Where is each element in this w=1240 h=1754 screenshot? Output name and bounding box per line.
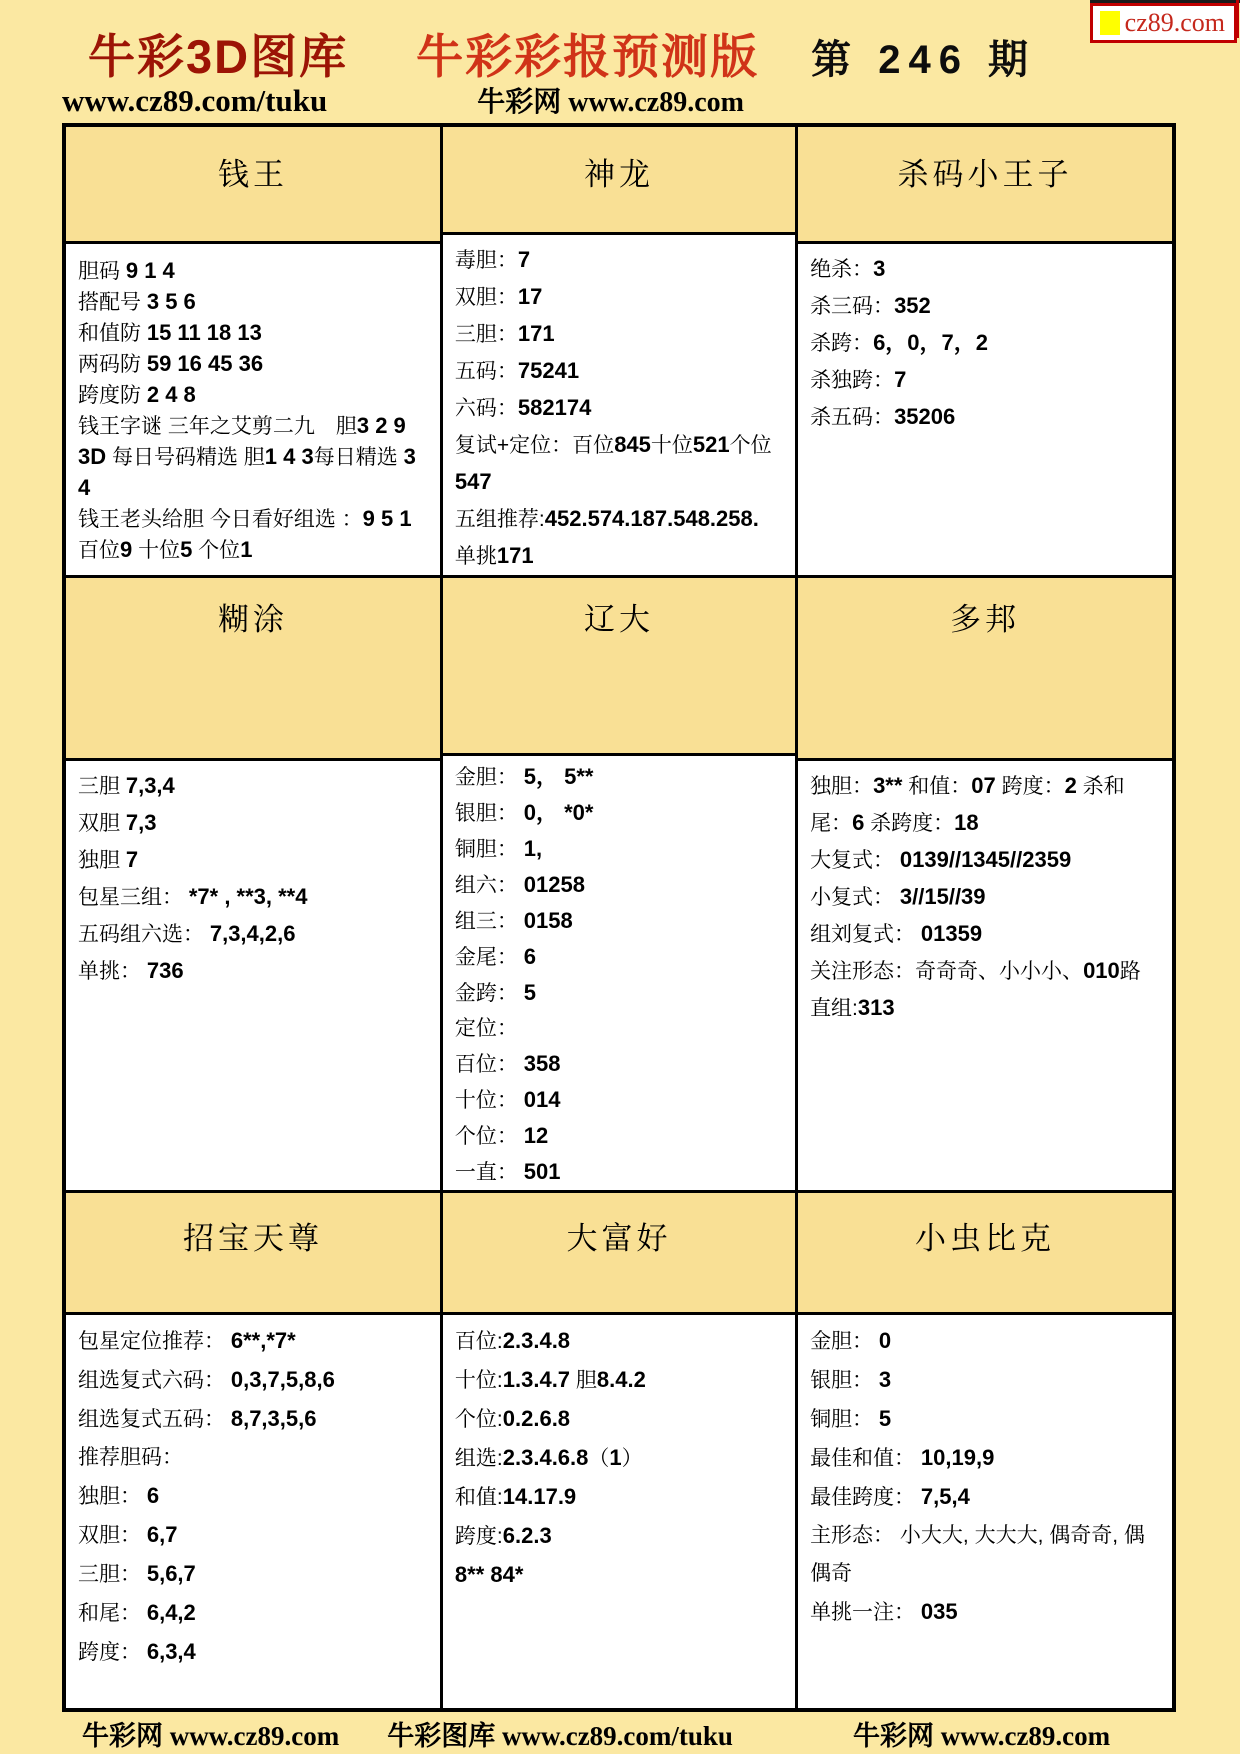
prediction-line: 杀跨：6，0，7，2 xyxy=(810,325,1164,362)
prediction-line: 包星定位推荐： 6**,*7* xyxy=(78,1322,432,1361)
prediction-line: 三胆：171 xyxy=(455,316,787,353)
cell-body: 金胆： 5， 5**银胆： 0， *0*铜胆： 1,组六： 01258组三： 0… xyxy=(443,756,795,1190)
prediction-line: 组刘复式： 01359 xyxy=(810,916,1164,953)
cell-title: 钱王 xyxy=(66,127,440,244)
cell-body: 包星定位推荐： 6**,*7*组选复式六码： 0,3,7,5,8,6组选复式五码… xyxy=(66,1315,440,1672)
prediction-line: 杀三码：352 xyxy=(810,288,1164,325)
prediction-line: 铜胆： 5 xyxy=(810,1400,1164,1439)
prediction-line: 金胆： 5， 5** xyxy=(455,759,787,795)
prediction-line: 一直： 501 xyxy=(455,1154,787,1190)
prediction-line: 组六： 01258 xyxy=(455,867,787,903)
cell-body: 胆码 9 1 4搭配号 3 5 6和值防 15 11 18 13两码防 59 1… xyxy=(66,244,440,566)
prediction-line: 双胆 7,3 xyxy=(78,805,432,842)
prediction-cell-2: 神龙毒胆：7双胆：17三胆：171五码：75241六码：582174复试+定位：… xyxy=(443,127,795,575)
prediction-line: 定位： xyxy=(455,1011,787,1046)
prediction-line: 铜胆： 1, xyxy=(455,831,787,867)
tuku-url: www.cz89.com/tuku xyxy=(62,83,327,119)
prediction-line: 跨度:6.2.3 xyxy=(455,1517,787,1556)
brand-title: 牛彩3D图库 xyxy=(88,20,348,87)
prediction-line: 8** 84* xyxy=(455,1556,787,1595)
prediction-line: 单挑： 736 xyxy=(78,953,432,990)
footer: 牛彩网 www.cz89.com牛彩图库 www.cz89.com/tuku牛彩… xyxy=(62,1714,1176,1753)
prediction-cell-6: 多邦独胆：3** 和值：07 跨度：2 杀和尾：6 杀跨度：18大复式： 013… xyxy=(798,578,1172,1190)
prediction-line: 推荐胆码： xyxy=(78,1439,432,1477)
prediction-line: 金胆： 0 xyxy=(810,1322,1164,1361)
prediction-cell-4: 糊涂三胆 7,3,4双胆 7,3独胆 7包星三组： *7* , **3, **4… xyxy=(66,578,440,1190)
prediction-cell-9: 小虫比克金胆： 0银胆： 3铜胆： 5最佳和值： 10,19,9最佳跨度： 7,… xyxy=(798,1193,1172,1708)
cell-body: 百位:2.3.4.8十位:1.3.4.7 胆8.4.2个位:0.2.6.8组选:… xyxy=(443,1315,795,1595)
prediction-line: 3D 每日号码精选 胆1 4 3每日精选 3 4 xyxy=(78,442,432,504)
prediction-line: 独胆： 6 xyxy=(78,1477,432,1516)
prediction-cell-3: 杀码小王子绝杀：3杀三码：352杀跨：6，0，7，2杀独跨：7杀五码：35206 xyxy=(798,127,1172,575)
prediction-line: 组选复式六码： 0,3,7,5,8,6 xyxy=(78,1361,432,1400)
prediction-cell-1: 钱王胆码 9 1 4搭配号 3 5 6和值防 15 11 18 13两码防 59… xyxy=(66,127,440,575)
prediction-line: 和值防 15 11 18 13 xyxy=(78,318,432,349)
masthead-title-row: 牛彩3D图库 牛彩彩报预测版 第 246 期 xyxy=(0,20,1240,87)
cell-title: 杀码小王子 xyxy=(798,127,1172,244)
prediction-line: 杀独跨：7 xyxy=(810,362,1164,399)
prediction-line: 单挑一注： 035 xyxy=(810,1593,1164,1632)
cell-body: 毒胆：7双胆：17三胆：171五码：75241六码：582174复试+定位：百位… xyxy=(443,235,795,575)
cell-body: 独胆：3** 和值：07 跨度：2 杀和尾：6 杀跨度：18大复式： 0139/… xyxy=(798,761,1172,1027)
cell-title: 小虫比克 xyxy=(798,1193,1172,1315)
cell-body: 金胆： 0银胆： 3铜胆： 5最佳和值： 10,19,9最佳跨度： 7,5,4主… xyxy=(798,1315,1172,1632)
masthead-url-row: www.cz89.com/tuku 牛彩网 www.cz89.com xyxy=(0,80,1240,120)
prediction-line: 百位： 358 xyxy=(455,1046,787,1082)
footer-url-3: 牛彩网 www.cz89.com xyxy=(853,1714,1110,1753)
prediction-line: 毒胆：7 xyxy=(455,242,787,279)
issue-number: 第 246 期 xyxy=(811,28,1036,85)
prediction-line: 金尾： 6 xyxy=(455,939,787,975)
prediction-line: 直组:313 xyxy=(810,990,1164,1027)
prediction-line: 三胆 7,3,4 xyxy=(78,768,432,805)
prediction-line: 五组推荐:452.574.187.548.258. xyxy=(455,501,787,538)
badge-label: cz89.com xyxy=(1125,8,1225,38)
prediction-line: 跨度： 6,3,4 xyxy=(78,1633,432,1672)
cell-body: 绝杀：3杀三码：352杀跨：6，0，7，2杀独跨：7杀五码：35206 xyxy=(798,244,1172,436)
badge-yellow-square-icon xyxy=(1100,11,1120,35)
cell-title: 大富好 xyxy=(443,1193,795,1315)
prediction-line: 个位:0.2.6.8 xyxy=(455,1400,787,1439)
prediction-line: 大复式： 0139//1345//2359 xyxy=(810,842,1164,879)
prediction-line: 金跨： 5 xyxy=(455,975,787,1011)
prediction-line: 单挑171 xyxy=(455,538,787,575)
prediction-line: 最佳和值： 10,19,9 xyxy=(810,1439,1164,1478)
prediction-line: 钱王老头给胆 今日看好组选 ：9 5 1百位9 十位5 个位1 xyxy=(78,504,432,566)
footer-url-1: 牛彩网 www.cz89.com xyxy=(82,1714,339,1753)
cell-title: 辽大 xyxy=(443,578,795,756)
prediction-line: 十位： 014 xyxy=(455,1082,787,1118)
prediction-line: 双胆： 6,7 xyxy=(78,1516,432,1555)
cell-title: 多邦 xyxy=(798,578,1172,761)
prediction-grid: 钱王胆码 9 1 4搭配号 3 5 6和值防 15 11 18 13两码防 59… xyxy=(62,123,1176,1712)
site-url: 牛彩网 www.cz89.com xyxy=(477,80,744,120)
prediction-line: 复试+定位：百位845十位521个位547 xyxy=(455,427,787,501)
prediction-line: 五码：75241 xyxy=(455,353,787,390)
prediction-line: 跨度防 2 4 8 xyxy=(78,380,432,411)
prediction-line: 独胆 7 xyxy=(78,842,432,879)
prediction-line: 三胆： 5,6,7 xyxy=(78,1555,432,1594)
prediction-line: 两码防 59 16 45 36 xyxy=(78,349,432,380)
prediction-cell-5: 辽大金胆： 5， 5**银胆： 0， *0*铜胆： 1,组六： 01258组三：… xyxy=(443,578,795,1190)
report-title: 牛彩彩报预测版 xyxy=(416,20,759,87)
prediction-line: 关注形态：奇奇奇、小小小、010路 xyxy=(810,953,1164,990)
prediction-line: 包星三组： *7* , **3, **4 xyxy=(78,879,432,916)
prediction-line: 双胆：17 xyxy=(455,279,787,316)
prediction-line: 组三： 0158 xyxy=(455,903,787,939)
cell-title: 招宝天尊 xyxy=(66,1193,440,1315)
footer-url-2: 牛彩图库 www.cz89.com/tuku xyxy=(387,1714,733,1753)
cell-body: 三胆 7,3,4双胆 7,3独胆 7包星三组： *7* , **3, **4五码… xyxy=(66,761,440,990)
prediction-line: 胆码 9 1 4 xyxy=(78,256,432,287)
prediction-line: 主形态： 小大大, 大大大, 偶奇奇, 偶偶奇 xyxy=(810,1517,1164,1593)
prediction-line: 杀五码：35206 xyxy=(810,399,1164,436)
prediction-line: 百位:2.3.4.8 xyxy=(455,1322,787,1361)
prediction-cell-7: 招宝天尊包星定位推荐： 6**,*7*组选复式六码： 0,3,7,5,8,6组选… xyxy=(66,1193,440,1708)
prediction-line: 六码：582174 xyxy=(455,390,787,427)
site-badge: cz89.com xyxy=(1090,3,1237,43)
prediction-line: 五码组六选： 7,3,4,2,6 xyxy=(78,916,432,953)
prediction-line: 钱王字谜 三年之艾剪二九 胆3 2 9 xyxy=(78,411,432,442)
prediction-line: 搭配号 3 5 6 xyxy=(78,287,432,318)
cell-title: 神龙 xyxy=(443,127,795,235)
prediction-line: 组选复式五码： 8,7,3,5,6 xyxy=(78,1400,432,1439)
prediction-line: 组选:2.3.4.6.8（1） xyxy=(455,1439,787,1478)
prediction-line: 小复式： 3//15//39 xyxy=(810,879,1164,916)
prediction-line: 和值:14.17.9 xyxy=(455,1478,787,1517)
prediction-line: 和尾： 6,4,2 xyxy=(78,1594,432,1633)
prediction-line: 绝杀：3 xyxy=(810,251,1164,288)
prediction-line: 十位:1.3.4.7 胆8.4.2 xyxy=(455,1361,787,1400)
prediction-line: 个位： 12 xyxy=(455,1118,787,1154)
prediction-line: 银胆： 3 xyxy=(810,1361,1164,1400)
cell-title: 糊涂 xyxy=(66,578,440,761)
prediction-cell-8: 大富好百位:2.3.4.8十位:1.3.4.7 胆8.4.2个位:0.2.6.8… xyxy=(443,1193,795,1708)
prediction-line: 最佳跨度： 7,5,4 xyxy=(810,1478,1164,1517)
prediction-line: 银胆： 0， *0* xyxy=(455,795,787,831)
prediction-line: 独胆：3** 和值：07 跨度：2 杀和尾：6 杀跨度：18 xyxy=(810,768,1164,842)
